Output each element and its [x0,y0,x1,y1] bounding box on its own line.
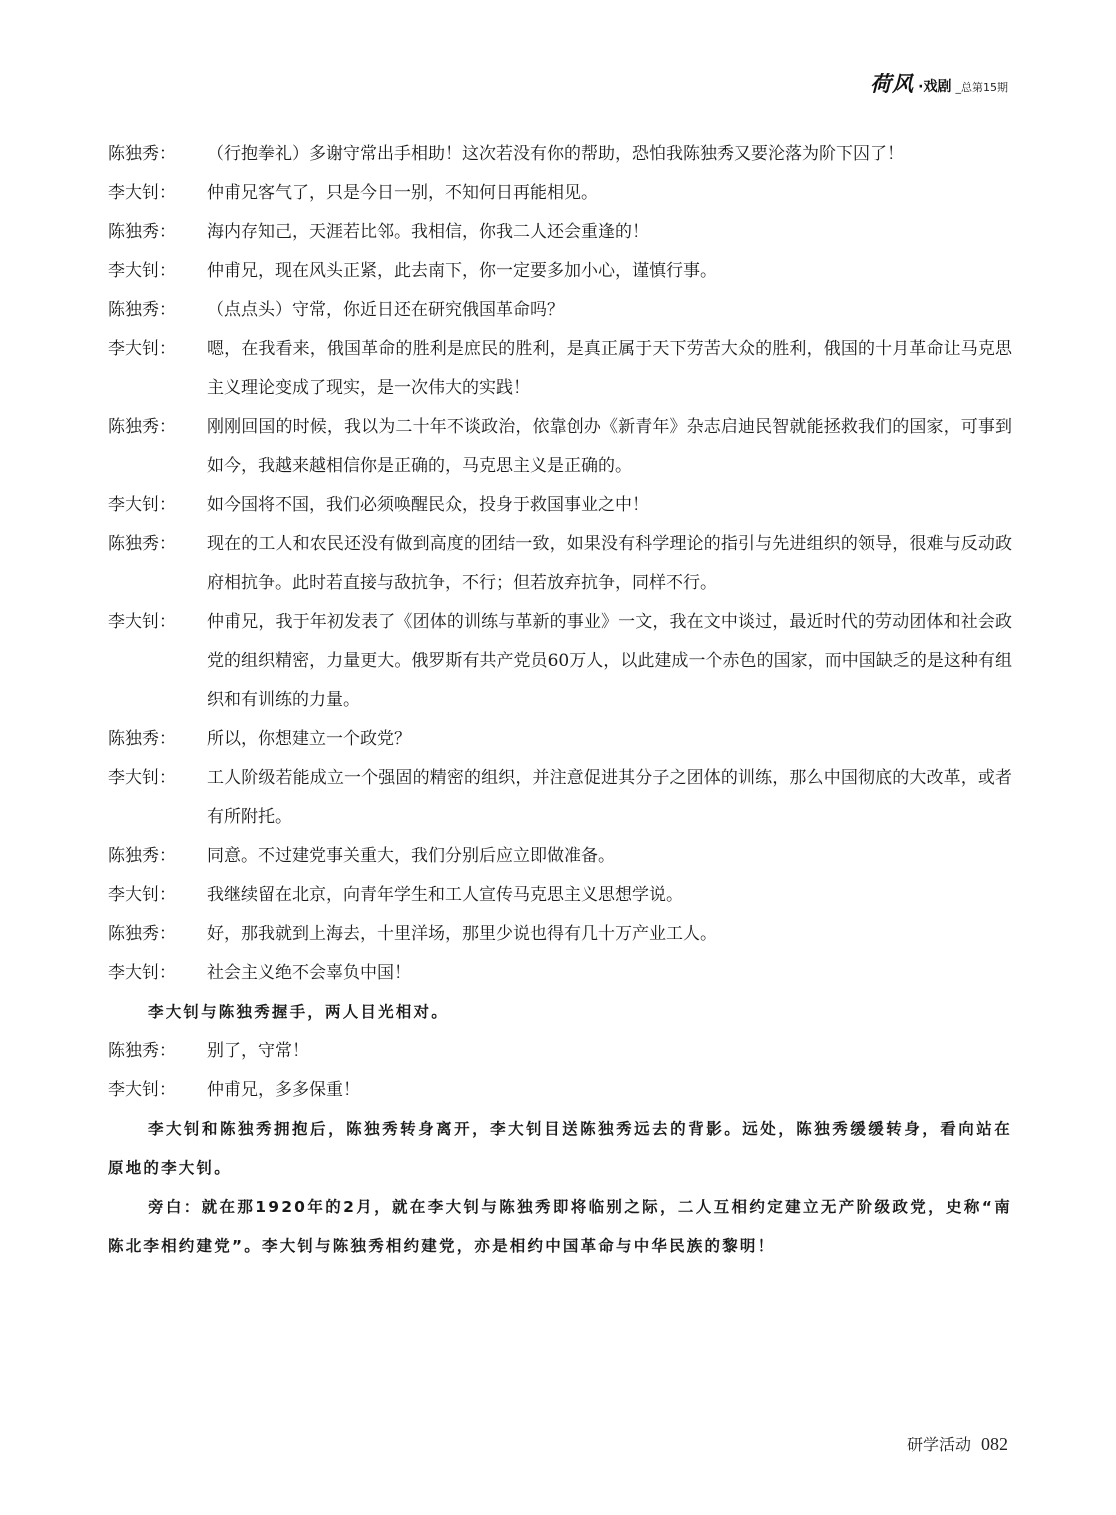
dialogue-line: 陈独秀： 同意。不过建党事关重大，我们分别后应立即做准备。 [108,837,1012,876]
dialogue-line: 李大钊： 社会主义绝不会辜负中国！ [108,954,1012,993]
dialogue-line: 李大钊： 嗯，在我看来，俄国革命的胜利是庶民的胜利，是真正属于天下劳苦大众的胜利… [108,330,1012,408]
speech-text: 嗯，在我看来，俄国革命的胜利是庶民的胜利，是真正属于天下劳苦大众的胜利，俄国的十… [207,330,1012,408]
speaker-name: 李大钊： [108,759,207,837]
stage-direction: 李大钊与陈独秀握手，两人目光相对。 [108,993,1012,1032]
speech-text: 仲甫兄，多多保重！ [207,1071,1012,1110]
speech-text: 好，那我就到上海去，十里洋场，那里少说也得有几十万产业工人。 [207,915,1012,954]
speech-text: （点点头）守常，你近日还在研究俄国革命吗？ [207,291,1012,330]
speech-text: （行抱拳礼）多谢守常出手相助！这次若没有你的帮助，恐怕我陈独秀又要沦落为阶下囚了… [207,135,1012,174]
speech-text: 海内存知己，天涯若比邻。我相信，你我二人还会重逢的！ [207,213,1012,252]
dialogue-line: 陈独秀： 现在的工人和农民还没有做到高度的团结一致，如果没有科学理论的指引与先进… [108,525,1012,603]
speaker-name: 李大钊： [108,252,207,291]
dialogue-line: 陈独秀： 别了，守常！ [108,1032,1012,1071]
speech-text: 刚刚回国的时候，我以为二十年不谈政治，依靠创办《新青年》杂志启迪民智就能拯救我们… [207,408,1012,486]
dialogue-line: 李大钊： 仲甫兄，我于年初发表了《团体的训练与革新的事业》一文，我在文中谈过，最… [108,603,1012,720]
section-title: ·戏剧 [918,76,951,96]
speaker-name: 李大钊： [108,330,207,408]
speaker-name: 李大钊： [108,486,207,525]
speech-text: 仲甫兄，我于年初发表了《团体的训练与革新的事业》一文，我在文中谈过，最近时代的劳… [207,603,1012,720]
speech-text: 社会主义绝不会辜负中国！ [207,954,1012,993]
speaker-name: 陈独秀： [108,135,207,174]
speech-text: 仲甫兄，现在风头正紧，此去南下，你一定要多加小心，谨慎行事。 [207,252,1012,291]
speaker-name: 陈独秀： [108,525,207,603]
dialogue-line: 陈独秀： （点点头）守常，你近日还在研究俄国革命吗？ [108,291,1012,330]
dialogue-line: 李大钊： 仲甫兄，多多保重！ [108,1071,1012,1110]
speech-text: 工人阶级若能成立一个强固的精密的组织，并注意促进其分子之团体的训练，那么中国彻底… [207,759,1012,837]
dialogue-line: 陈独秀： （行抱拳礼）多谢守常出手相助！这次若没有你的帮助，恐怕我陈独秀又要沦落… [108,135,1012,174]
speaker-name: 陈独秀： [108,291,207,330]
speech-text: 所以，你想建立一个政党？ [207,720,1012,759]
speaker-name: 陈独秀： [108,1032,207,1071]
speaker-name: 李大钊： [108,603,207,720]
dialogue-line: 陈独秀： 好，那我就到上海去，十里洋场，那里少说也得有几十万产业工人。 [108,915,1012,954]
speaker-name: 李大钊： [108,954,207,993]
stage-direction: 李大钊和陈独秀拥抱后，陈独秀转身离开，李大钊目送陈独秀远去的背影。远处，陈独秀缓… [108,1110,1012,1188]
speaker-name: 陈独秀： [108,213,207,252]
speech-text: 我继续留在北京，向青年学生和工人宣传马克思主义思想学说。 [207,876,1012,915]
magazine-logo: 荷风 [870,68,914,98]
dialogue-line: 陈独秀： 海内存知己，天涯若比邻。我相信，你我二人还会重逢的！ [108,213,1012,252]
page-footer: 研学活动 082 [907,1432,1008,1455]
speaker-name: 陈独秀： [108,408,207,486]
narration: 旁白：就在那1920年的2月，就在李大钊与陈独秀即将临别之际，二人互相约定建立无… [108,1188,1012,1266]
speech-text: 同意。不过建党事关重大，我们分别后应立即做准备。 [207,837,1012,876]
dialogue-line: 李大钊： 仲甫兄客气了，只是今日一别，不知何日再能相见。 [108,174,1012,213]
speaker-name: 李大钊： [108,1071,207,1110]
dialogue-line: 李大钊： 我继续留在北京，向青年学生和工人宣传马克思主义思想学说。 [108,876,1012,915]
speech-text: 仲甫兄客气了，只是今日一别，不知何日再能相见。 [207,174,1012,213]
dialogue-line: 陈独秀： 所以，你想建立一个政党？ [108,720,1012,759]
speech-text: 别了，守常！ [207,1032,1012,1071]
speech-text: 现在的工人和农民还没有做到高度的团结一致，如果没有科学理论的指引与先进组织的领导… [207,525,1012,603]
footer-section: 研学活动 [907,1432,971,1455]
dialogue-line: 李大钊： 工人阶级若能成立一个强固的精密的组织，并注意促进其分子之团体的训练，那… [108,759,1012,837]
speaker-name: 陈独秀： [108,837,207,876]
page-header: 荷风 ·戏剧 _总第15期 [870,68,1008,98]
script-body: 陈独秀： （行抱拳礼）多谢守常出手相助！这次若没有你的帮助，恐怕我陈独秀又要沦落… [108,135,1012,1266]
speaker-name: 陈独秀： [108,720,207,759]
page-number: 082 [981,1434,1008,1455]
speaker-name: 李大钊： [108,876,207,915]
dialogue-line: 李大钊： 仲甫兄，现在风头正紧，此去南下，你一定要多加小心，谨慎行事。 [108,252,1012,291]
dialogue-line: 李大钊： 如今国将不国，我们必须唤醒民众，投身于救国事业之中！ [108,486,1012,525]
speech-text: 如今国将不国，我们必须唤醒民众，投身于救国事业之中！ [207,486,1012,525]
dialogue-line: 陈独秀： 刚刚回国的时候，我以为二十年不谈政治，依靠创办《新青年》杂志启迪民智就… [108,408,1012,486]
issue-number: _总第15期 [956,79,1009,95]
speaker-name: 李大钊： [108,174,207,213]
speaker-name: 陈独秀： [108,915,207,954]
